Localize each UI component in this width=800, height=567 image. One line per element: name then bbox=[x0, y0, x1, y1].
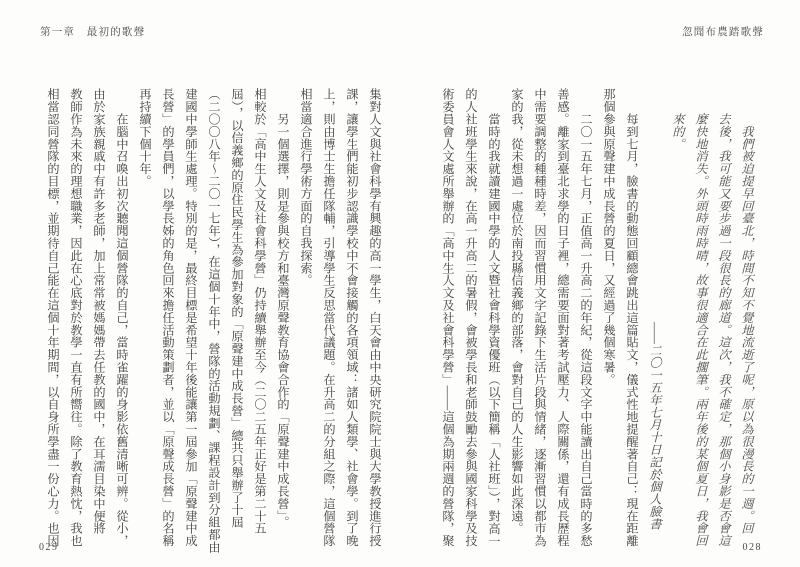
text-column: 家的我，從未想過一處位於南投縣信義鄉的部落，會對自己的人生影響如此深遠。 bbox=[505, 88, 528, 554]
running-head-chapter: 第一章 最初的歌聲 bbox=[40, 24, 145, 39]
right-page-text: 我們被迫提早回臺北，時間不知不覺地流逝了呢，原以為很漫長的一週。回 去後，我可能… bbox=[436, 88, 758, 554]
text-column: 在腦中召喚出初次聽聞這個營隊的自己，當時雀躍的身影依舊清晰可辨。從小， bbox=[110, 88, 133, 554]
attribution-block: ——二〇一五年七月十日記於個人臉書 bbox=[643, 88, 666, 554]
text-column: 當時的我就讀建國中學的人文暨社會科學資優班（以下簡稱「人社班」），對高一 bbox=[482, 88, 505, 554]
text-column: 中需要調整的種種時差，因而習慣用文字記錄下生活片段與情緒，逐漸習慣以都市為 bbox=[528, 88, 551, 554]
text-column: 相當適合進行學術方面的自我探索。 bbox=[294, 88, 317, 554]
text-column: 建國中學師生處理。特別的是，最終目標是希望十年後能讓第一屆參加「原聲建中成 bbox=[179, 88, 202, 554]
text-column: 二〇一五年七月，正值高一升高二的年紀，從這段文字中能讀出自己當時的多愁 bbox=[574, 88, 597, 554]
page-right: 忽聞布農踏歌聲 我們被迫提早回臺北，時間不知不覺地流逝了呢，原以為很漫長的一週。… bbox=[400, 0, 800, 567]
text-column: 我們被迫提早回臺北，時間不知不覺地流逝了呢，原以為很漫長的一週。回 bbox=[735, 88, 758, 554]
page-number-right: 028 bbox=[743, 542, 763, 553]
text-column: 教師作為未來的理想職業，因此在心底對於教學一直有所嚮往。除了教育熱忱，我也 bbox=[64, 88, 87, 554]
book-spread: 第一章 最初的歌聲 集對人文與社會科學有興趣的高一學生，白天會由中央研究院院士與… bbox=[0, 0, 800, 567]
text-column: 屆），以信義鄉的原住民學生為參加對象的「原聲建中成長營」總共只舉辦了十屆 bbox=[225, 88, 248, 554]
text-column: 去後，我可能又要步過一段很長的廊道。這次，我不確定，那個小身影是否會這 bbox=[712, 88, 735, 554]
quote-block: 我們被迫提早回臺北，時間不知不覺地流逝了呢，原以為很漫長的一週。回 去後，我可能… bbox=[666, 88, 758, 554]
text-column: 的人社班學生來說，在高一升高二的暑假，會被學長和老師鼓勵去參與國家科學及技 bbox=[459, 88, 482, 554]
text-column: 課，讓學生們能初步認識學校中不會接觸的各項領域：諸如人類學、社會學。到了晚 bbox=[340, 88, 363, 554]
text-column: （二〇〇八年～二〇一七年），在這個十年中，營隊的活動規劃、課程設計到分組都由 bbox=[202, 88, 225, 554]
text-column: 上，則由博士生擔任隊輔，引導學生反思當代議題。在升高二的分組之際，這個營隊 bbox=[317, 88, 340, 554]
page-number-left: 029 bbox=[39, 542, 59, 553]
text-column: 集對人文與社會科學有興趣的高一學生，白天會由中央研究院院士與大學教授進行授 bbox=[363, 88, 386, 554]
text-column: 相當認同營隊的目標，並期待自己能在這個十年期間，以自身所學盡一份心力。也因 bbox=[41, 88, 64, 554]
text-column: 善感。離家到臺北求學的日子裡，總需要面對著考試壓力、人際關係，還有成長歷程 bbox=[551, 88, 574, 554]
text-column: ——二〇一五年七月十日記於個人臉書 bbox=[643, 88, 666, 554]
text-column: 相較於「高中生人文及社會科學營」仍持續舉辦至今（二〇二五年正好是第二十五 bbox=[248, 88, 271, 554]
text-column: 另一個選擇，則是參與校方和臺灣原聲教育協會合作的「原聲建中成長營」。 bbox=[271, 88, 294, 554]
text-column: 來的。 bbox=[666, 88, 689, 554]
text-column: 由於家族親戚中有許多老師，加上常常被媽媽帶去任教的國中，在耳濡目染中便將 bbox=[87, 88, 110, 554]
left-page-text: 集對人文與社會科學有興趣的高一學生，白天會由中央研究院院士與大學教授進行授課，讓… bbox=[40, 88, 386, 554]
text-column: 再持續下個十年。 bbox=[133, 88, 156, 554]
text-column: 每到七月，臉書的動態回顧總會跳出這篇貼文，儀式性地提醒著自己：現在距離 bbox=[620, 88, 643, 554]
page-left: 第一章 最初的歌聲 集對人文與社會科學有興趣的高一學生，白天會由中央研究院院士與… bbox=[0, 0, 400, 567]
text-column: 麼快地消失。外頭時雨時晴，故事很適合在此擱筆。兩年後的某個夏日，我會回 bbox=[689, 88, 712, 554]
body-block: 每到七月，臉書的動態回顧總會跳出這篇貼文，儀式性地提醒著自己：現在距離那個參與原… bbox=[436, 88, 643, 554]
text-column: 長營」的學員們，以學長姊的角色回來擔任活動策劃者，並以「原聲成長營」的名稱 bbox=[156, 88, 179, 554]
body-block: 集對人文與社會科學有興趣的高一學生，白天會由中央研究院院士與大學教授進行授課，讓… bbox=[41, 88, 386, 554]
running-head-book-title: 忽聞布農踏歌聲 bbox=[682, 24, 764, 39]
text-column: 那個參與原聲建中成長營的夏日，又經過了幾個寒暑。 bbox=[597, 88, 620, 554]
text-column: 術委員會人文處所舉辦的「高中生人文及社會科學營」——這個為期兩週的營隊，聚 bbox=[436, 88, 459, 554]
